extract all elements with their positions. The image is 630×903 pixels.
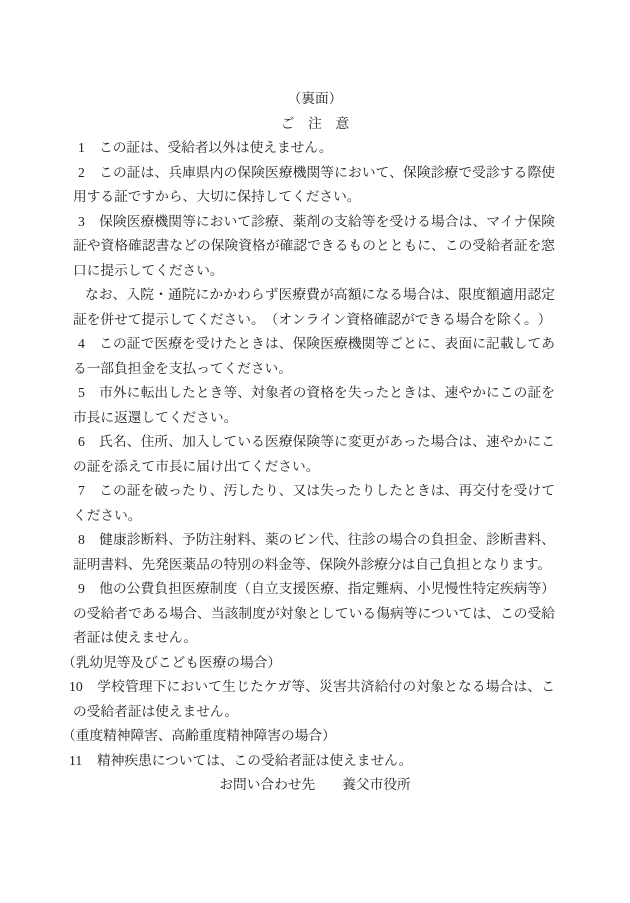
note-item-2: 2この証は、兵庫県内の保険医療機関等において、保険診療で受診する際使用する証です… <box>73 161 555 210</box>
note-number: 10 <box>69 675 97 700</box>
note-text: 他の公費負担医療制度（自立支援医療、指定難病、小児慢性特定疾病等）の受給者である… <box>73 581 555 645</box>
notice-title: ご 注 意 <box>0 112 630 137</box>
note-text: 健康診断料、予防注射料、薬のビン代、往診の場合の負担金、診断書料、証明書料、先発… <box>73 532 555 572</box>
note-text: 保険医療機関等において診療、薬剤の支給等を受ける場合は、マイナ保険証や資格確認書… <box>73 214 555 278</box>
note-item-7: 7この証を破ったり、汚したり、又は失ったりしたときは、再交付を受けてください。 <box>73 479 555 528</box>
note-item-6: 6氏名、住所、加入している医療保険等に変更があった場合は、速やかにこの証を添えて… <box>73 430 555 479</box>
category-note-infant-child-medical: （乳幼児等及びこども医療の場合） <box>73 651 555 676</box>
note-item-4: 4この証で医療を受けたときは、保険医療機関等ごとに、表面に記載してある一部負担金… <box>73 332 555 381</box>
back-side-label: （裏面） <box>0 87 630 112</box>
notes-list: 1この証は、受給者以外は使えません。 2この証は、兵庫県内の保険医療機関等におい… <box>73 136 555 773</box>
note-text: この証は、兵庫県内の保険医療機関等において、保険診療で受診する際使用する証ですか… <box>73 165 555 205</box>
category-text: （重度精神障害、高齢重度精神障害の場合） <box>62 728 336 743</box>
category-text: （乳幼児等及びこども医療の場合） <box>62 655 281 670</box>
contact-label: お問い合わせ先 <box>219 777 315 792</box>
note-number: 8 <box>78 528 99 553</box>
note-number: 9 <box>78 577 99 602</box>
document-header: （裏面） ご 注 意 <box>0 0 630 136</box>
note-item-3: 3保険医療機関等において診療、薬剤の支給等を受ける場合は、マイナ保険証や資格確認… <box>73 210 555 284</box>
note-item-8: 8健康診断料、予防注射料、薬のビン代、往診の場合の負担金、診断書料、証明書料、先… <box>73 528 555 577</box>
contact-office-name: 養父市役所 <box>342 777 410 792</box>
note-number: 3 <box>78 210 99 235</box>
note-number: 5 <box>78 381 99 406</box>
note-number: 4 <box>78 332 99 357</box>
note-text: 学校管理下において生じたケガ等、災害共済給付の対象となる場合は、この受給者証は使… <box>73 679 555 719</box>
note-item-1: 1この証は、受給者以外は使えません。 <box>73 136 555 161</box>
note-item-9: 9他の公費負担医療制度（自立支援医療、指定難病、小児慢性特定疾病等）の受給者であ… <box>73 577 555 651</box>
note-item-11: 11精神疾患については、この受給者証は使えません。 <box>73 749 555 774</box>
note-text: この証は、受給者以外は使えません。 <box>99 140 333 155</box>
note-number: 7 <box>78 479 99 504</box>
note-text: この証を破ったり、汚したり、又は失ったりしたときは、再交付を受けてください。 <box>73 483 555 523</box>
note-text: 氏名、住所、加入している医療保険等に変更があった場合は、速やかにこの証を添えて市… <box>73 434 555 474</box>
note-text: この証で医療を受けたときは、保険医療機関等ごとに、表面に記載してある一部負担金を… <box>73 336 555 376</box>
note-number: 6 <box>78 430 99 455</box>
category-note-severe-mental-disability: （重度精神障害、高齢重度精神障害の場合） <box>73 724 555 749</box>
note-item-5: 5市外に転出したとき等、対象者の資格を失ったときは、速やかにこの証を市長に返還し… <box>73 381 555 430</box>
note-text: 市外に転出したとき等、対象者の資格を失ったときは、速やかにこの証を市長に返還して… <box>73 385 555 425</box>
document-page: （裏面） ご 注 意 1この証は、受給者以外は使えません。 2この証は、兵庫県内… <box>0 0 630 903</box>
note-number: 11 <box>69 749 97 774</box>
note-text: なお、入院・通院にかかわらず医療費が高額になる場合は、限度額適用認定証を併せて提… <box>73 287 555 327</box>
note-number: 2 <box>78 161 99 186</box>
note-number: 1 <box>78 136 99 161</box>
note-text: 精神疾患については、この受給者証は使えません。 <box>97 753 412 768</box>
contact-line: お問い合わせ先養父市役所 <box>0 773 630 798</box>
note-item-3-supplement: なお、入院・通院にかかわらず医療費が高額になる場合は、限度額適用認定証を併せて提… <box>73 283 555 332</box>
note-item-10: 10学校管理下において生じたケガ等、災害共済給付の対象となる場合は、この受給者証… <box>73 675 555 724</box>
